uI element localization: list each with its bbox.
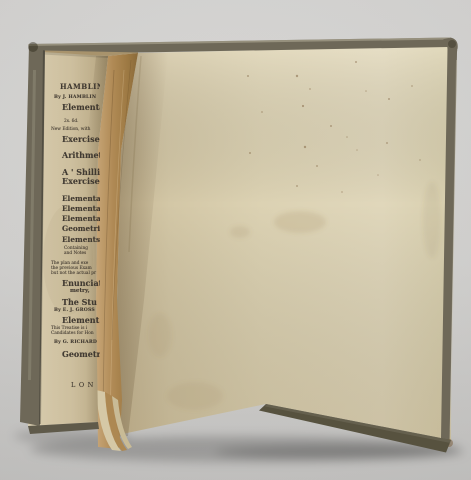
book-photograph: HAMBLIN SBy J. HAMBLINElementa2s. 6d.New… — [0, 0, 471, 480]
book-illustration — [0, 0, 471, 480]
cover-left-board-edge — [20, 45, 45, 426]
